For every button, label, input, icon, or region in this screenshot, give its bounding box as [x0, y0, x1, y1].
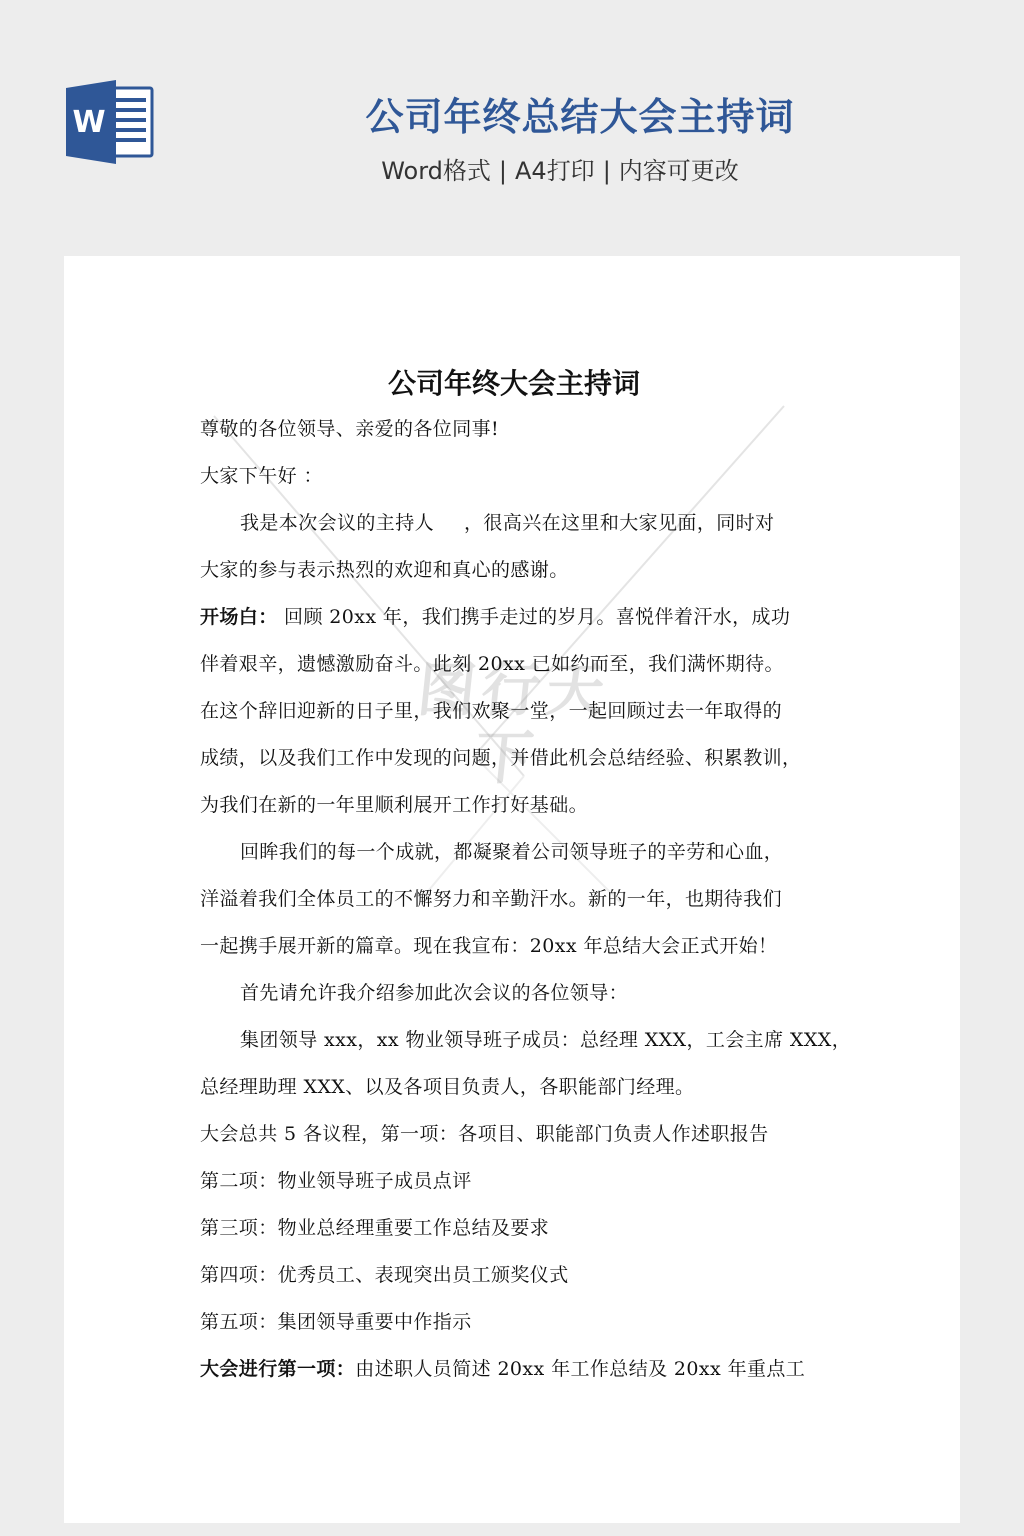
subtitle-separator: |	[603, 154, 611, 188]
page-title: 公司年终总结大会主持词	[320, 94, 840, 140]
paragraph-line: 总经理助理 XXX、以及各项目负责人，各职能部门经理。	[200, 1064, 828, 1111]
paragraph-line: 一起携手展开新的篇章。现在我宣布：20xx 年总结大会正式开始！	[200, 923, 828, 970]
paragraph-line: 回眸我们的每一个成就，都凝聚着公司领导班子的辛劳和心血，	[200, 829, 828, 876]
agenda-item-4: 第四项：优秀员工、表现突出员工颁奖仪式	[200, 1252, 828, 1299]
salutation-line: 尊敬的各位领导、亲爱的各位同事!	[200, 406, 828, 453]
document-body: 公司年终大会主持词 尊敬的各位领导、亲爱的各位同事! 大家下午好 ： 我是本次会…	[200, 364, 828, 1393]
opening-line: 开场白： 回顾 20xx 年，我们携手走过的岁月。喜悦伴着汗水，成功	[200, 594, 828, 641]
paragraph-line: 为我们在新的一年里顺利展开工作打好基础。	[200, 782, 828, 829]
page-subtitle: Word格式|A4打印|内容可更改	[340, 154, 780, 188]
paragraph-line: 伴着艰辛，遗憾激励奋斗。此刻 20xx 已如约而至，我们满怀期待。	[200, 641, 828, 688]
agenda-item-3: 第三项：物业总经理重要工作总结及要求	[200, 1205, 828, 1252]
agenda-item-5: 第五项：集团领导重要中作指示	[200, 1299, 828, 1346]
svg-text:W: W	[72, 105, 105, 140]
subtitle-print: A4打印	[515, 157, 595, 185]
agenda-step-1-line: 大会进行第一项：由述职人员简述 20xx 年工作总结及 20xx 年重点工	[200, 1346, 828, 1393]
paragraph-line: 成绩，以及我们工作中发现的问题，并借此机会总结经验、积累教训，	[200, 735, 828, 782]
paragraph-line: 首先请允许我介绍参加此次会议的各位领导：	[200, 970, 828, 1017]
word-document-icon: W	[64, 80, 156, 164]
paragraph-line: 我是本次会议的主持人，很高兴在这里和大家见面，同时对	[200, 500, 828, 547]
greeting-line: 大家下午好 ：	[200, 453, 828, 500]
document-page: 图行天下 公司年终大会主持词 尊敬的各位领导、亲爱的各位同事! 大家下午好 ： …	[64, 256, 960, 1523]
paragraph-line: 在这个辞旧迎新的日子里，我们欢聚一堂，一起回顾过去一年取得的	[200, 688, 828, 735]
paragraph-line: 大家的参与表示热烈的欢迎和真心的感谢。	[200, 547, 828, 594]
paragraph-line: 集团领导 xxx，xx 物业领导班子成员：总经理 XXX，工会主席 XXX，	[200, 1017, 828, 1064]
subtitle-separator: |	[499, 154, 507, 188]
paragraph-line: 洋溢着我们全体员工的不懈努力和辛勤汗水。新的一年，也期待我们	[200, 876, 828, 923]
opening-label: 开场白：	[200, 606, 278, 628]
agenda-intro-line: 大会总共 5 各议程，第一项：各项目、职能部门负责人作述职报告	[200, 1111, 828, 1158]
document-title: 公司年终大会主持词	[200, 364, 828, 404]
agenda-step-label: 大会进行第一项：	[200, 1358, 355, 1380]
subtitle-format: Word格式	[381, 157, 491, 185]
subtitle-editable: 内容可更改	[619, 157, 739, 185]
agenda-item-2: 第二项：物业领导班子成员点评	[200, 1158, 828, 1205]
